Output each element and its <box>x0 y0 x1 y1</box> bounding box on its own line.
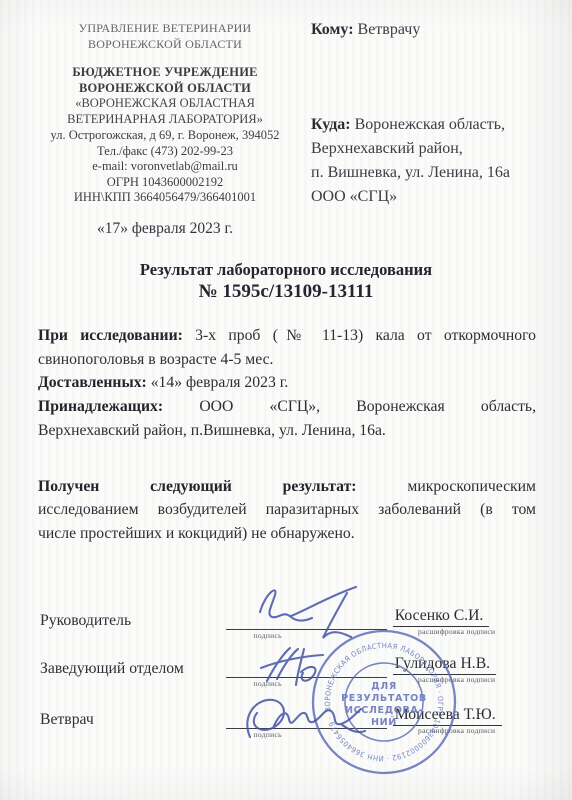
body-label: При исследовании: <box>38 327 195 344</box>
organization-name-line: ВЕТЕРИНАРНАЯ ЛАБОРАТОРИЯ» <box>18 112 312 128</box>
ogrn-number: ОГРН 1043600002192 <box>18 175 312 191</box>
body-label: Доставленных: <box>38 374 151 391</box>
signer-name: Косенко С.И. <box>393 607 490 627</box>
svg-text:ВОРОНЕЖСКАЯ ОБЛАСТНАЯ ЛАБОРАТО: ВОРОНЕЖСКАЯ ОБЛАСТНАЯ ЛАБОРАТОРИЯ · ОГРН… <box>313 631 454 772</box>
inn-kpp-number: ИНН\КПП 3664056479/366401001 <box>18 190 312 206</box>
department-line: УПРАВЛЕНИЕ ВЕТЕРИНАРИИ <box>18 20 312 36</box>
organization-type: БЮДЖЕТНОЕ УЧРЕЖДЕНИЕ ВОРОНЕЖСКОЙ ОБЛАСТИ <box>18 65 312 96</box>
signer-name-block: Моисеева Т.Ю. расшифровка подписи <box>393 706 534 739</box>
department-name: УПРАВЛЕНИЕ ВЕТЕРИНАРИИ ВОРОНЕЖСКОЙ ОБЛАС… <box>18 20 312 52</box>
signer-role: Ветврач <box>40 707 226 739</box>
body-line: Принадлежащих: ООО «СГЦ», Воронежская об… <box>38 395 536 419</box>
name-caption: расшифровка подписи <box>393 675 521 684</box>
where-line: Верхнехавский район, <box>311 137 561 161</box>
body-text: свинопоголовья в возрасте 4-5 мес. <box>38 351 273 368</box>
to-label: Кому: <box>311 21 354 38</box>
signature-row: Заведующий отделом подпись Гулидова Н.В.… <box>40 656 534 688</box>
document-date: «17» февраля 2023 г. <box>18 220 312 238</box>
body-line: исследованием возбудителей паразитарных … <box>38 498 536 522</box>
paragraph-gap <box>38 443 536 475</box>
signer-role: Заведующий отделом <box>40 656 226 688</box>
signer-name-block: Косенко С.И. расшифровка подписи <box>393 607 534 640</box>
recipient-where: Куда: Воронежская область, Верхнехавский… <box>311 113 561 209</box>
where-line: ООО «СГЦ» <box>311 185 561 209</box>
street-address: ул. Острогожская, д 69, г. Воронеж, 3940… <box>18 128 312 144</box>
phone-fax: Тел./факс (473) 202-99-23 <box>18 144 312 160</box>
body-line: При исследовании: 3-х проб (№ 11-13) кал… <box>38 324 536 348</box>
organization-type-line: ВОРОНЕЖСКОЙ ОБЛАСТИ <box>18 81 312 97</box>
where-line: п. Вишневка, ул. Ленина, 16а <box>311 161 561 185</box>
signer-name: Моисеева Т.Ю. <box>393 706 502 726</box>
signature-field: подпись <box>226 707 387 739</box>
round-stamp-graphic: ВОРОНЕЖСКАЯ ОБЛАСТНАЯ ЛАБОРАТОРИЯ · ОГРН… <box>308 626 460 778</box>
organization-name: «ВОРОНЕЖСКАЯ ОБЛАСТНАЯ ВЕТЕРИНАРНАЯ ЛАБО… <box>18 96 312 127</box>
document-body: При исследовании: 3-х проб (№ 11-13) кал… <box>38 324 536 546</box>
organization-name-line: «ВОРОНЕЖСКАЯ ОБЛАСТНАЯ <box>18 96 312 112</box>
signature-field: подпись <box>226 608 387 640</box>
signature-line <box>226 608 387 630</box>
to-value: Ветврачу <box>358 21 421 38</box>
body-line: Получен следующий результат: микроскопич… <box>38 475 536 499</box>
document-title: Результат лабораторного исследования № 1… <box>0 259 572 304</box>
body-label: Принадлежащих: <box>38 398 199 415</box>
body-text: микроскопическим <box>407 478 536 495</box>
body-label: Получен следующий результат: <box>38 478 407 495</box>
body-text: 3-х проб (№ 11-13) кала от откормочного <box>195 327 536 344</box>
signature-caption: подпись <box>226 678 387 688</box>
signature-field: подпись <box>226 656 387 688</box>
signature-line <box>226 656 387 678</box>
signature-caption: подпись <box>226 729 387 739</box>
body-line: числе простейших и кокцидий) не обнаруже… <box>38 522 536 546</box>
name-caption: расшифровка подписи <box>393 627 521 636</box>
signature-row: Руководитель подпись Косенко С.И. расшиф… <box>40 608 534 640</box>
stamp-center-line: РЕЗУЛЬТАТОВ <box>341 693 427 704</box>
signature-line <box>226 707 387 729</box>
organization-type-line: БЮДЖЕТНОЕ УЧРЕЖДЕНИЕ <box>18 65 312 81</box>
recipient-block: Кому: Ветврачу Куда: Воронежская область… <box>311 21 561 209</box>
body-text: Верхнехавский район, п.Вишневка, ул. Лен… <box>38 422 386 439</box>
body-text: «14» февраля 2023 г. <box>151 374 289 391</box>
signature-row: Ветврач подпись Моисеева Т.Ю. расшифровк… <box>40 707 534 739</box>
body-text: ООО «СГЦ», Воронежская область, <box>199 398 536 415</box>
body-text: числе простейших и кокцидий) не обнаруже… <box>38 525 355 542</box>
email-address: e-mail: voronvetlab@mail.ru <box>18 159 312 175</box>
title-number: № 1595с/13109-13111 <box>0 280 572 304</box>
body-line: Верхнехавский район, п.Вишневка, ул. Лен… <box>38 419 536 443</box>
recipient-to: Кому: Ветврачу <box>311 21 561 39</box>
body-text: исследованием возбудителей паразитарных … <box>38 501 536 518</box>
body-line: свинопоголовья в возрасте 4-5 мес. <box>38 348 536 372</box>
stamp-ring-text: ВОРОНЕЖСКАЯ ОБЛАСТНАЯ ЛАБОРАТОРИЯ · ОГРН… <box>313 631 454 772</box>
signature-caption: подпись <box>226 630 387 640</box>
title-line: Результат лабораторного исследования <box>0 259 572 280</box>
where-label: Куда: <box>311 116 351 133</box>
name-caption: расшифровка подписи <box>393 726 521 735</box>
document-page: УПРАВЛЕНИЕ ВЕТЕРИНАРИИ ВОРОНЕЖСКОЙ ОБЛАС… <box>0 0 572 800</box>
where-line: Воронежская область, <box>355 116 505 133</box>
body-line: Доставленных: «14» февраля 2023 г. <box>38 371 536 395</box>
signer-role: Руководитель <box>40 608 226 640</box>
signer-name-block: Гулидова Н.В. расшифровка подписи <box>393 655 534 688</box>
department-line: ВОРОНЕЖСКОЙ ОБЛАСТИ <box>18 36 312 52</box>
letterhead-left: УПРАВЛЕНИЕ ВЕТЕРИНАРИИ ВОРОНЕЖСКОЙ ОБЛАС… <box>18 20 312 206</box>
contact-block: ул. Острогожская, д 69, г. Воронеж, 3940… <box>18 128 312 206</box>
signer-name: Гулидова Н.В. <box>393 655 496 675</box>
